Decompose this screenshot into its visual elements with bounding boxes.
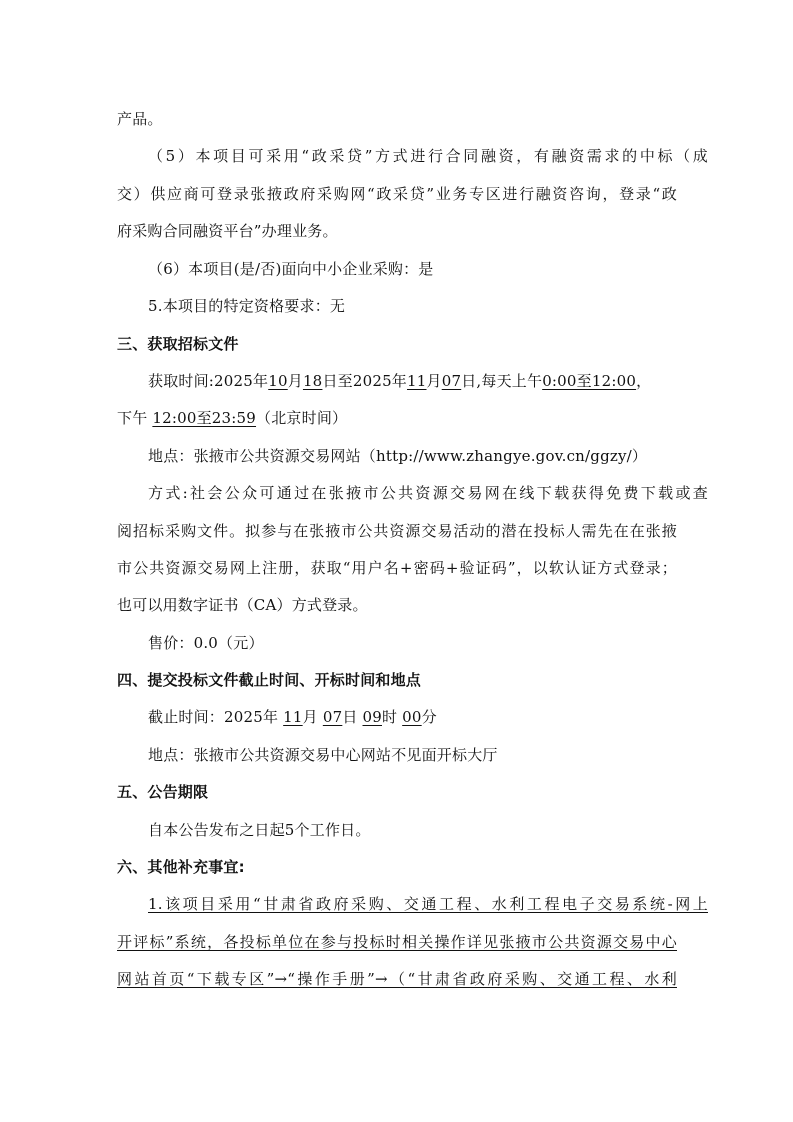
am-range: 0:00至12:00 <box>542 372 636 390</box>
deadline-month: 11 <box>283 708 303 726</box>
bid-location: 地点：张掖市公共资源交易中心网站不见面开标大厅 <box>117 743 708 767</box>
section-heading-5: 五、公告期限 <box>117 780 677 804</box>
acquire-time-mid2: 日,每天上午 <box>461 372 542 390</box>
start-day: 18 <box>303 372 323 390</box>
supplement-line: 1.该项目采用“甘肃省政府采购、交通工程、水利工程电子交易系统-网上 <box>117 892 708 916</box>
method-line: 方式:社会公众可通过在张掖市公共资源交易网在线下载获得免费下载或查 <box>117 481 708 505</box>
month-label: 月 <box>288 372 303 390</box>
section-heading-3: 三、获取招标文件 <box>117 332 677 356</box>
acquire-location: 地点：张掖市公共资源交易网站（http://www.zhangye.gov.cn… <box>117 444 708 468</box>
section-heading-6: 六、其他补充事宜: <box>117 855 677 879</box>
month-label: 月 <box>303 708 318 726</box>
hour-label: 时 <box>382 708 397 726</box>
deadline-day: 07 <box>323 708 343 726</box>
comma: ， <box>636 372 651 390</box>
pm-suffix: （北京时间） <box>256 409 347 427</box>
acquire-time-mid: 日至2025年 <box>322 372 407 390</box>
acquire-time-line-2: 下午 12:00至23:59（北京时间） <box>117 406 677 430</box>
method-line: 市公共资源交易网上注册，获取“用户名+密码+验证码”，以软认证方式登录； <box>117 556 677 580</box>
section-heading-4: 四、提交投标文件截止时间、开标时间和地点 <box>117 668 677 692</box>
paragraph-line: 产品。 <box>117 107 677 131</box>
price-line: 售价：0.0（元） <box>117 631 708 655</box>
paragraph-line: 5.本项目的特定资格要求：无 <box>117 294 708 318</box>
day-label: 日 <box>342 708 357 726</box>
method-line: 阅招标采购文件。拟参与在张掖市公共资源交易活动的潜在投标人需先在在张掖 <box>117 519 677 543</box>
paragraph-line: 府采购合同融资平台”办理业务。 <box>117 219 677 243</box>
method-line: 也可以用数字证书（CA）方式登录。 <box>117 593 677 617</box>
deadline-hour: 09 <box>363 708 383 726</box>
notice-period: 自本公告发布之日起5个工作日。 <box>117 818 708 842</box>
end-day: 07 <box>442 372 462 390</box>
minute-label: 分 <box>422 708 437 726</box>
deadline-line: 截止时间：2025年 11月 07日 09时 00分 <box>117 705 708 729</box>
pm-prefix: 下午 <box>117 409 147 427</box>
deadline-prefix: 截止时间：2025年 <box>148 708 278 726</box>
supplement-line: 网站首页“下载专区”→“操作手册”→（“甘肃省政府采购、交通工程、水利 <box>117 967 677 991</box>
acquire-time-prefix: 获取时间:2025年 <box>148 372 268 390</box>
paragraph-line: （6）本项目(是/否)面向中小企业采购：是 <box>117 257 708 281</box>
deadline-minute: 00 <box>402 708 422 726</box>
supplement-line: 开评标”系统，各投标单位在参与投标时相关操作详见张掖市公共资源交易中心 <box>117 930 677 954</box>
paragraph-line: 交）供应商可登录张掖政府采购网“政采贷”业务专区进行融资咨询，登录“政 <box>117 182 677 206</box>
acquire-time-line: 获取时间:2025年10月18日至2025年11月07日,每天上午0:00至12… <box>117 369 708 393</box>
pm-range: 12:00至23:59 <box>152 409 256 427</box>
start-month: 10 <box>268 372 288 390</box>
month-label: 月 <box>427 372 442 390</box>
end-month: 11 <box>407 372 427 390</box>
paragraph-line: （5）本项目可采用“政采贷”方式进行合同融资，有融资需求的中标（成 <box>117 144 708 168</box>
